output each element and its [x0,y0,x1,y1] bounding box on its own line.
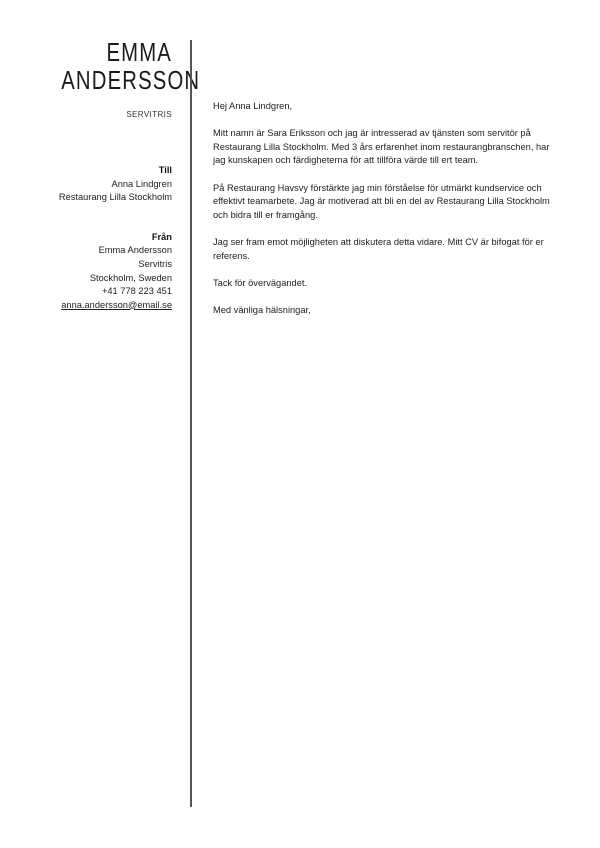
sidebar: EMMA ANDERSSON SERVITRIS Till Anna Lindg… [30,38,172,312]
sender-heading: Från [30,231,172,245]
recipient-company: Restaurang Lilla Stockholm [30,191,172,205]
recipient-block: Till Anna Lindgren Restaurang Lilla Stoc… [30,164,172,205]
recipient-heading: Till [30,164,172,178]
vertical-divider [190,40,192,807]
job-title: SERVITRIS [30,110,172,119]
letter-closing: Med vänliga hälsningar, [213,304,553,318]
applicant-name: EMMA ANDERSSON [30,38,172,94]
first-name: EMMA [61,38,172,66]
letter-paragraph: Tack för övervägandet. [213,277,553,291]
letter-paragraph: Mitt namn är Sara Eriksson och jag är in… [213,127,553,168]
letter-body: Hej Anna Lindgren, Mitt namn är Sara Eri… [213,100,553,331]
recipient-name: Anna Lindgren [30,178,172,192]
letter-greeting: Hej Anna Lindgren, [213,100,553,114]
letter-paragraph: Jag ser fram emot möjligheten att diskut… [213,236,553,263]
sender-email-link[interactable]: anna.andersson@email.se [61,300,172,310]
last-name: ANDERSSON [61,66,172,94]
sender-phone: +41 778 223 451 [30,285,172,299]
sender-title: Servitris [30,258,172,272]
sender-block: Från Emma Andersson Servitris Stockholm,… [30,231,172,313]
sender-location: Stockholm, Sweden [30,272,172,286]
letter-paragraph: På Restaurang Havsvy förstärkte jag min … [213,182,553,223]
sender-name: Emma Andersson [30,244,172,258]
